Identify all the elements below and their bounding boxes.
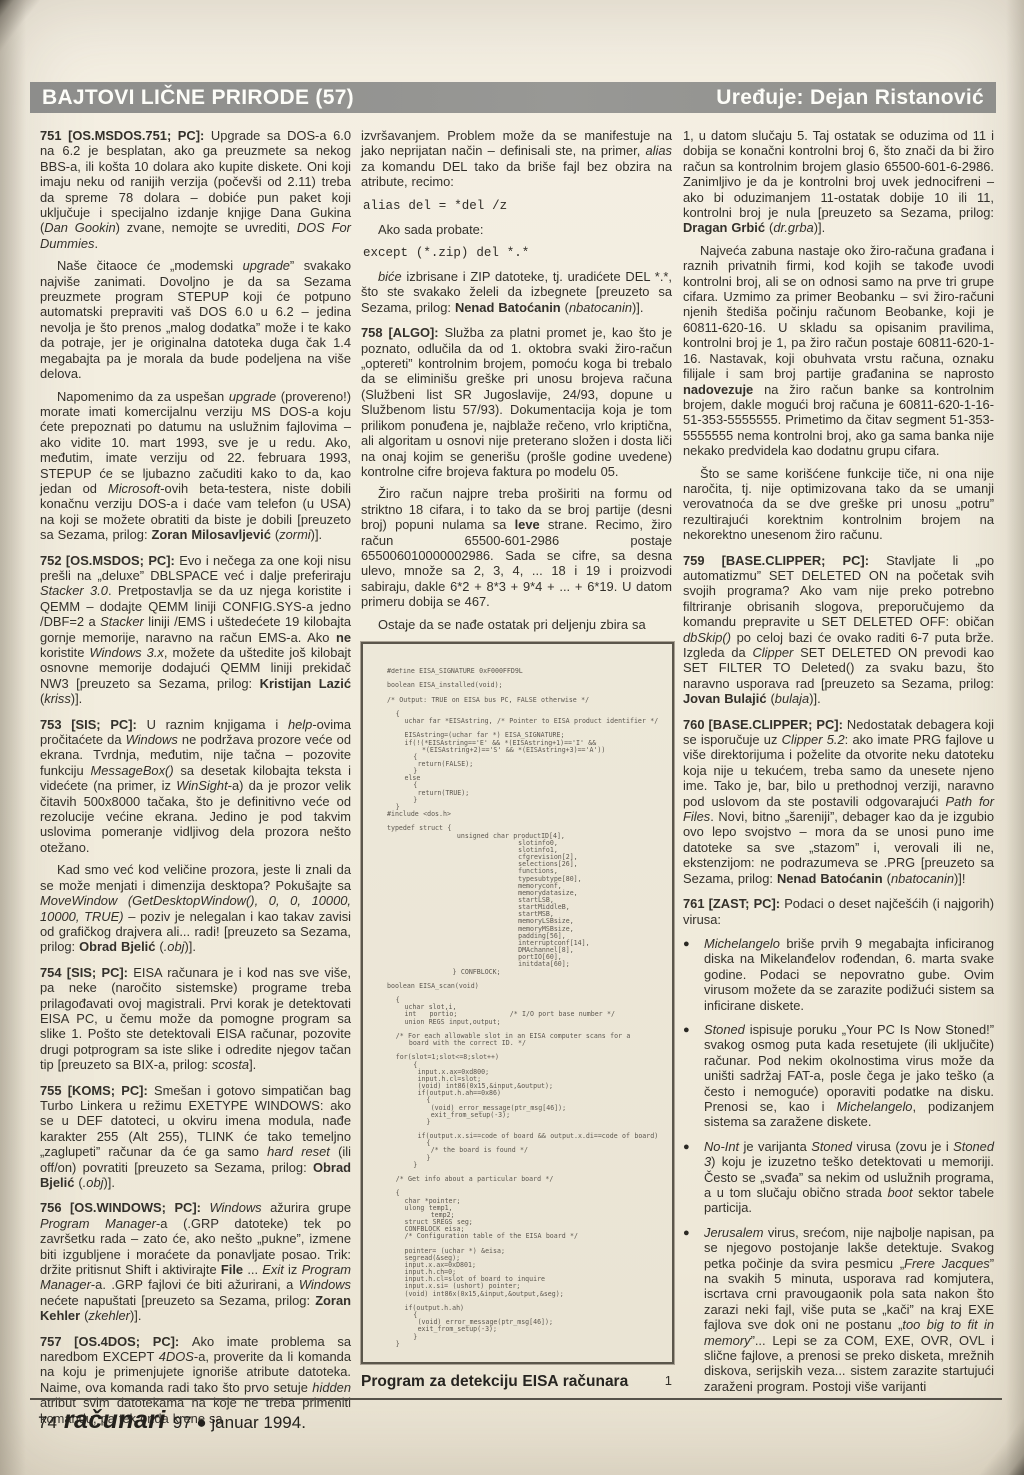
- paragraph: Ako sada probate:: [361, 222, 672, 237]
- tip-item: 755 [KOMS; PC]: Smešan i gotovo simpatič…: [40, 1083, 351, 1191]
- inline-code-line: alias del = *del /z: [363, 199, 672, 213]
- text-column-3: 1, u datom slučaju 5. Taj ostatak se odu…: [683, 128, 994, 1394]
- text-column-1: 751 [OS.MSDOS.751; PC]: Upgrade sa DOS-a…: [40, 128, 351, 1426]
- tip-item: 759 [BASE.CLIPPER; PC]: Stavljate li „po…: [683, 553, 994, 707]
- tip-item: 756 [OS.WINDOWS; PC]: Windows ažurira gr…: [40, 1200, 351, 1323]
- bullet-item: ●Jerusalem virus, srećom, nije najbolje …: [683, 1225, 994, 1394]
- issue-and-date: 97 ● januar 1994.: [173, 1413, 306, 1433]
- bullet-icon: ●: [683, 937, 690, 952]
- paragraph: biće izbrisane i ZIP datoteke, tj. uradi…: [361, 269, 672, 315]
- paragraph: Žiro račun najpre treba proširiti na for…: [361, 486, 672, 609]
- section-header-bar: BAJTOVI LIČNE PRIRODE (57) Uređuje: Deja…: [30, 82, 996, 113]
- section-title: BAJTOVI LIČNE PRIRODE (57): [42, 86, 354, 110]
- bullet-icon: ●: [683, 1140, 690, 1155]
- page-footer: 74 računari 97 ● januar 1994.: [38, 1406, 306, 1435]
- scan-edge-right: [1006, 0, 1024, 1475]
- paragraph: Što se same korišćene funkcije tiče, ni …: [683, 466, 994, 543]
- paragraph: Kad smo već kod veličine prozora, jeste …: [40, 862, 351, 954]
- tip-item: 761 [ZAST; PC]: Podaci o deset najčešćih…: [683, 896, 994, 927]
- code-listing: #define EISA_SIGNATURE 0xF000FFD9L boole…: [387, 668, 666, 1348]
- tip-item: 758 [ALGO]: Služba za platni promet je, …: [361, 325, 672, 479]
- code-listing-box: #define EISA_SIGNATURE 0xF000FFD9L boole…: [361, 642, 674, 1364]
- bullet-item: ●Stoned ispisuje poruku „Your PC Is Now …: [683, 1022, 994, 1130]
- listing-caption: Program za detekciju EISA računara: [361, 1373, 628, 1391]
- tip-item: 752 [OS.MSDOS; PC]: Evo i nečega za one …: [40, 553, 351, 707]
- scan-corner-top-left: [0, 0, 130, 95]
- tip-item: 751 [OS.MSDOS.751; PC]: Upgrade sa DOS-a…: [40, 128, 351, 251]
- bullet-item: ●No-Int je varijanta Stoned virusa (zovu…: [683, 1139, 994, 1216]
- tip-item: 754 [SIS; PC]: EISA računara je i kod na…: [40, 965, 351, 1073]
- figure-number: 1: [665, 1373, 672, 1388]
- bullet-icon: ●: [683, 1226, 690, 1241]
- scan-edge-left: [0, 0, 26, 1475]
- paragraph: Najveća zabuna nastaje oko žiro-računa g…: [683, 243, 994, 459]
- text-column-2: izvršavanjem. Problem može da se manifes…: [361, 128, 672, 1391]
- paragraph: 1, u datom slučaju 5. Taj ostatak se odu…: [683, 128, 994, 236]
- bullet-icon: ●: [683, 1023, 690, 1038]
- paragraph: izvršavanjem. Problem može da se manifes…: [361, 128, 672, 190]
- scan-corner-bottom-right: [874, 1400, 1024, 1475]
- listing-caption-row: Program za detekciju EISA računara1: [361, 1373, 672, 1391]
- bullet-item: ●Michelangelo briše prvih 9 megabajta in…: [683, 936, 994, 1013]
- footer-divider: [30, 1398, 1002, 1400]
- page-number: 74: [38, 1413, 57, 1433]
- inline-code-line: except (*.zip) del *.*: [363, 246, 672, 260]
- section-editor: Uređuje: Dejan Ristanović: [716, 86, 984, 110]
- magazine-logo: računari: [64, 1406, 166, 1435]
- tip-item: 760 [BASE.CLIPPER; PC]: Nedostatak debag…: [683, 717, 994, 886]
- magazine-page: BAJTOVI LIČNE PRIRODE (57) Uređuje: Deja…: [0, 0, 1024, 1475]
- paragraph: Naše čitaoce će „modemski upgrade” svaka…: [40, 258, 351, 381]
- paragraph: Ostaje da se nađe ostatak pri deljenju z…: [361, 617, 672, 632]
- paragraph: Napomenimo da za uspešan upgrade (prover…: [40, 389, 351, 543]
- tip-item: 753 [SIS; PC]: U raznim knjigama i help-…: [40, 717, 351, 856]
